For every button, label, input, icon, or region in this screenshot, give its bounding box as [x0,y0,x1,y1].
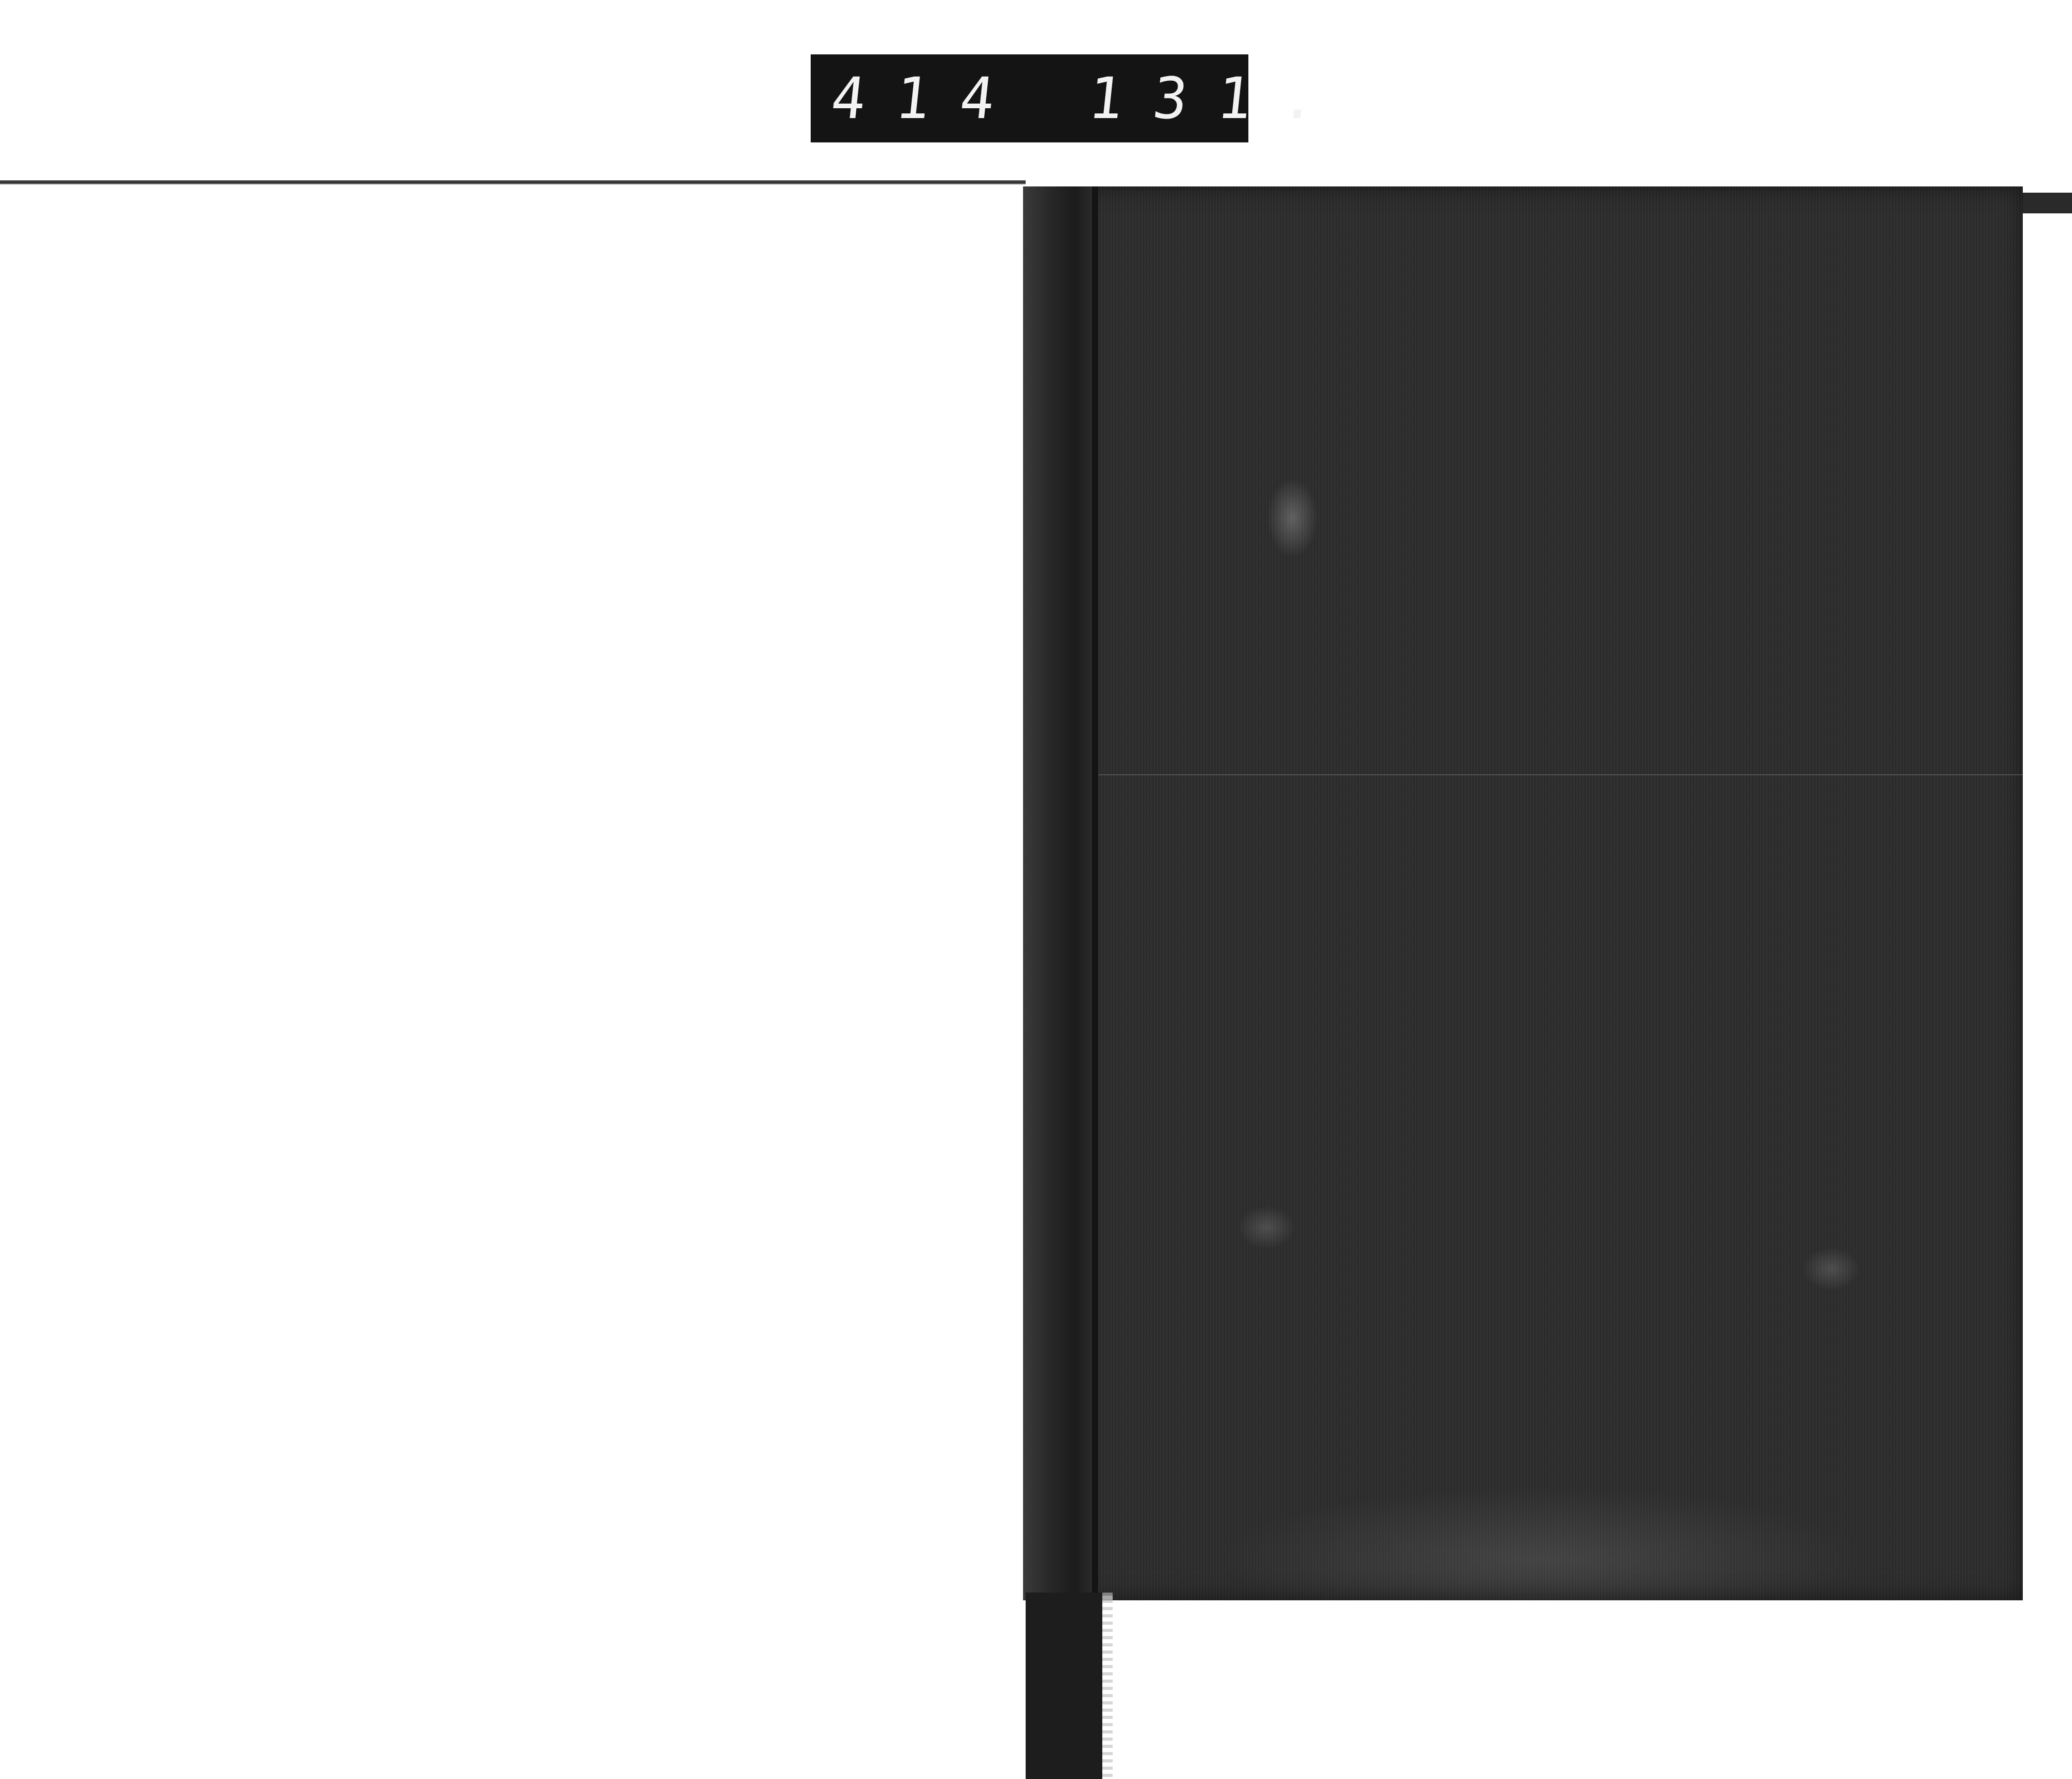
frame-counter-text: 414 131. [806,54,1253,142]
film-edge-rule [0,180,1026,184]
frame-counter-label: 414 131. [811,54,1248,142]
spine-tail [1026,1593,1102,1779]
book-spine [1023,186,1098,1600]
spine-hinge [1092,186,1098,1600]
page-block-edge [1102,1593,1113,1779]
film-edge-rule-right [2023,193,2072,213]
cover-crease-line [1023,774,2023,775]
book-cover [1023,186,2023,1600]
